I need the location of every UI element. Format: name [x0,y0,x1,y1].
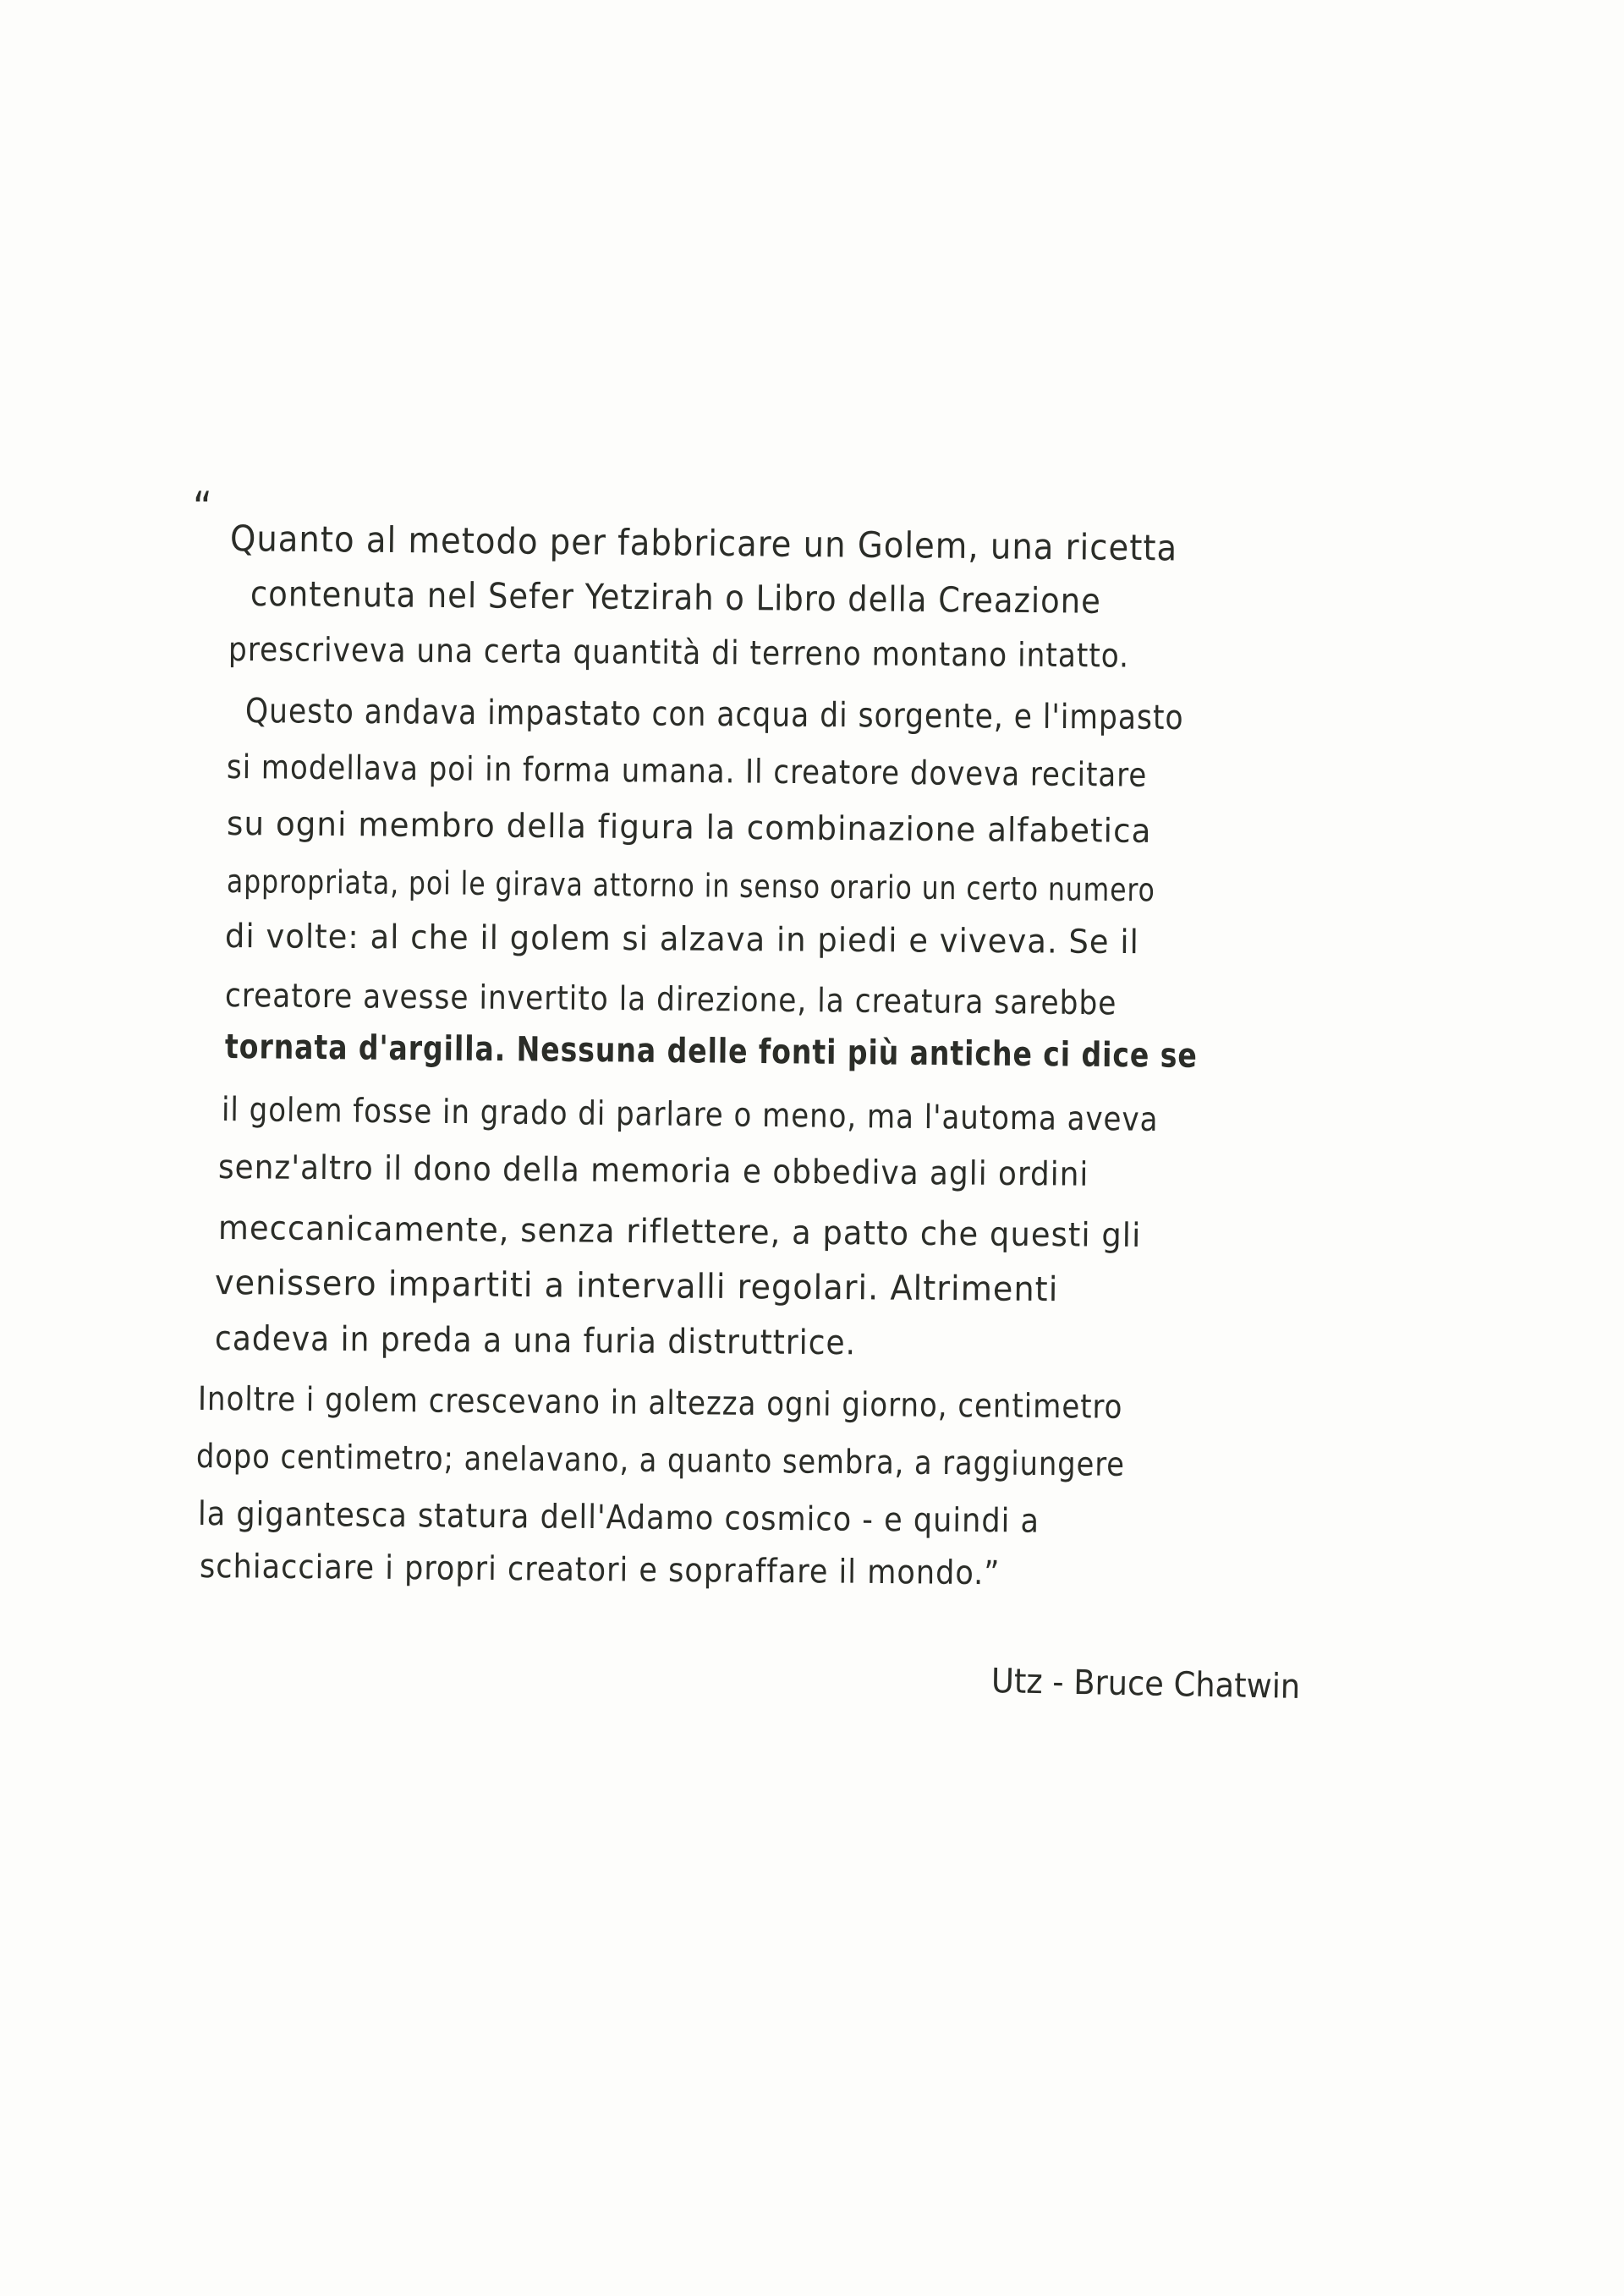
text-line-8: di volte: al che il golem si alzava in p… [225,918,1139,962]
text-line-17: dopo centimetro; anelavano, a quanto sem… [196,1438,1125,1484]
attribution-signature: Utz - Bruce Chatwin [991,1662,1301,1707]
text-line-19: schiacciare i propri creatori e sopraffa… [200,1548,1001,1592]
text-line-7: appropriata, poi le girava attorno in se… [227,863,1155,908]
text-line-14: venissero impartiti a intervalli regolar… [215,1263,1059,1309]
handwritten-page: “ Quanto al metodo per fabbricare un Gol… [0,0,1624,2296]
text-line-16: Inoltre i golem crescevano in altezza og… [198,1380,1123,1427]
text-line-18: la gigantesca statura dell'Adamo cosmico… [198,1495,1040,1541]
text-line-12: senz'altro il dono della memoria e obbed… [218,1148,1089,1194]
text-line-9: creatore avesse invertito la direzione, … [225,977,1117,1022]
text-line-10: tornata d'argilla. Nessuna delle fonti p… [225,1027,1198,1076]
text-line-6: su ogni membro della figura la combinazi… [227,805,1152,851]
text-line-15: cadeva in preda a una furia distruttrice… [215,1319,856,1362]
opening-quotation-mark: “ [193,487,212,532]
text-line-1: Quanto al metodo per fabbricare un Golem… [230,518,1178,568]
text-line-4: Questo andava impastato con acqua di sor… [245,692,1184,737]
text-line-11: il golem fosse in grado di parlare o men… [222,1091,1159,1139]
text-line-13: meccanicamente, senza riflettere, a patt… [218,1209,1142,1255]
text-line-5: si modellava poi in forma umana. Il crea… [227,748,1148,795]
text-line-2: contenuta nel Sefer Yetzirah o Libro del… [250,573,1101,622]
text-line-3: prescriveva una certa quantità di terren… [228,631,1129,676]
